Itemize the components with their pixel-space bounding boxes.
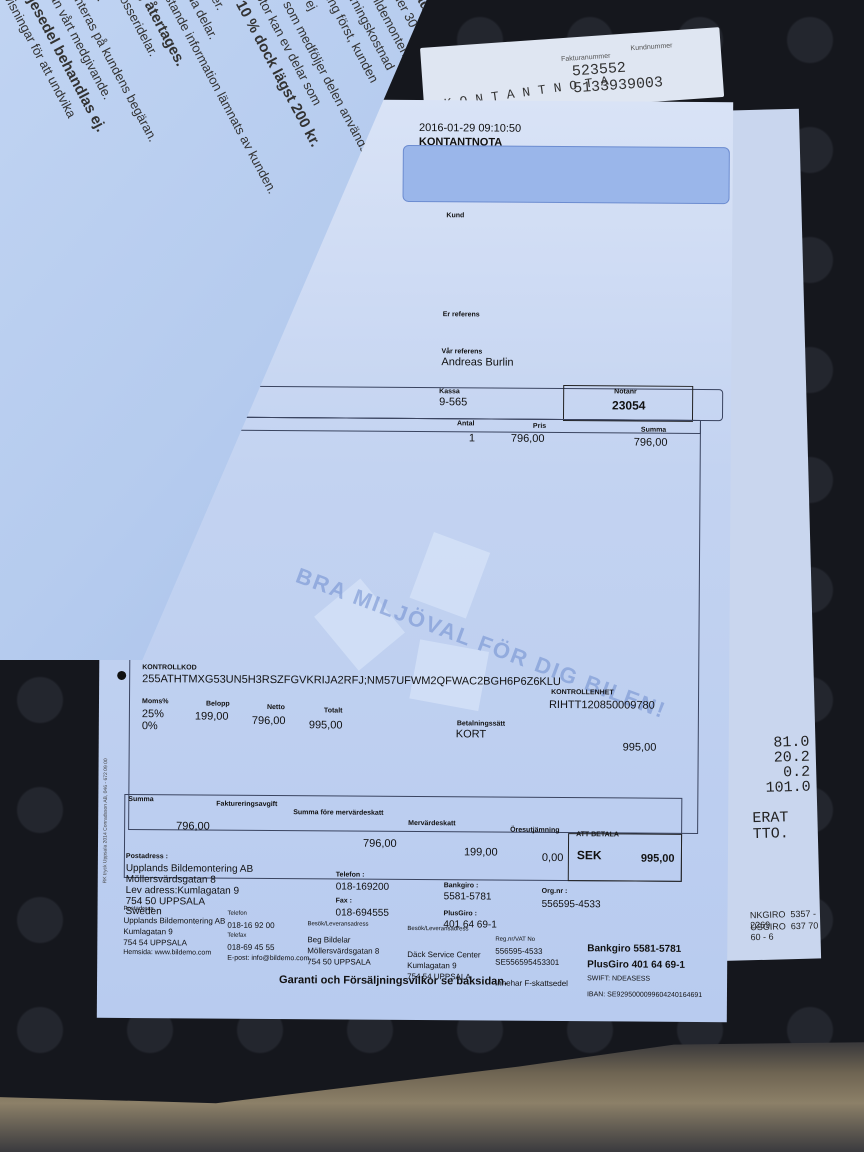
postadress-line: Upplands Bildemontering AB — [126, 863, 253, 875]
betalningssatt-value: KORT — [456, 728, 486, 740]
kontrollkod-label: KONTROLLKOD — [142, 664, 197, 671]
line-item-pris: 796,00 — [511, 433, 545, 445]
kundnummer-label: Kundnummer — [630, 42, 672, 52]
summary-summa-fore-moms-header: Summa före mervärdeskatt — [293, 809, 383, 817]
giro-label: USGIRO — [750, 921, 786, 932]
var-referens-value: Andreas Burlin — [441, 356, 513, 369]
betalt-belopp: 995,00 — [623, 741, 657, 753]
telefon-value: 018-169200 — [336, 881, 389, 892]
telefon-label: Telefon : — [336, 871, 365, 878]
footer-vat-line: SE556595453301 — [495, 958, 559, 967]
orgnr-label: Org.nr : — [542, 888, 568, 895]
vat-rate: 25% — [142, 708, 164, 720]
bankgiro-value: 5581-5781 — [444, 891, 492, 902]
footer-visit2-line: Däck Service Center — [407, 950, 480, 960]
punch-hole — [117, 671, 126, 680]
footer-swift: SWIFT: NDEASESS — [587, 975, 650, 982]
summary-oresutjamning-value: 0,00 — [542, 852, 564, 864]
er-referens-label: Er referens — [443, 311, 480, 318]
vat-belopp: 199,00 — [195, 710, 229, 722]
summary-faktureringsavgift-header: Faktureringsavgift — [216, 801, 277, 808]
footer-vat-label: Reg.nr/VAT No — [495, 937, 535, 943]
footer-visit2-line: Kumlagatan 9 — [407, 961, 456, 970]
betalningssatt-label: Betalningssätt — [457, 720, 505, 727]
footer-visit1-line: Beg Bildelar — [307, 935, 350, 944]
fax-label: Fax : — [336, 897, 352, 904]
summary-summa-header: Summa — [128, 796, 153, 803]
belopp-header: Belopp — [206, 701, 230, 708]
footer-email-link[interactable]: E-post: info@bildemo.com — [227, 955, 309, 963]
var-referens-label: Vår referens — [441, 348, 482, 355]
invoice-datetime: 2016-01-29 09:10:50 — [419, 122, 521, 135]
summary-summa-value: 796,00 — [176, 820, 210, 832]
footer-website-link[interactable]: Hemsida: www.bildemo.com — [123, 949, 211, 957]
customer-address-field — [402, 145, 729, 204]
att-betala-box: SEK 995,00 — [568, 833, 682, 882]
footer-telefax-value: 018-69 45 55 — [227, 943, 274, 952]
summary-summa-fore-moms-value: 796,00 — [363, 838, 397, 850]
antal-header: Antal — [457, 420, 475, 427]
notanr-label: Notanr — [614, 388, 637, 395]
footer-vat-line: 556595-4533 — [495, 947, 542, 956]
footer-iban: IBAN: SE9295000099604240164691 — [587, 991, 702, 999]
kontrollenhet-label: KONTROLLENHET — [551, 689, 614, 696]
postadress-line: Möllersvärdsgatan 8 — [126, 874, 216, 886]
receipt-text: TTO. — [753, 825, 789, 843]
footer-garanti-note: Garanti och Försäljningsvilkor se baksid… — [279, 974, 507, 988]
footer-company-line: 754 54 UPPSALA — [123, 938, 187, 947]
plusgiro-label: PlusGiro : — [444, 910, 478, 917]
footer-plusgiro: PlusGiro 401 64 69-1 — [587, 959, 685, 971]
postadress-line: Lev adress:Kumlagatan 9 — [126, 885, 239, 897]
footer-visit2-label: Besök/Leveransadress — [407, 926, 468, 932]
summary-oresutjamning-header: Öresutjämning — [510, 827, 559, 834]
footer-company-line: Kumlagatan 9 — [123, 927, 172, 936]
printer-note: RK tryck Uppsala 2014 Conradsson AB, 046… — [102, 758, 109, 883]
currency-label: SEK — [577, 848, 602, 862]
footer-telefax-label: Telefax — [227, 933, 246, 939]
summa-header: Summa — [641, 427, 666, 434]
summary-mervardeskatt-header: Mervärdeskatt — [408, 820, 456, 827]
fax-value: 018-694555 — [335, 907, 388, 918]
footer-visit1-label: Besök/Leveransadress — [307, 921, 368, 927]
notanr-value: 23054 — [612, 398, 645, 412]
footer-visit1-line: Möllersvärdsgatan 8 — [307, 946, 379, 956]
footer-visit1-line: 754 50 UPPSALA — [307, 957, 371, 966]
orgnr-value: 556595-4533 — [542, 899, 601, 910]
footer-postal-label: Postadress — [124, 906, 154, 912]
receipt-amount: 101.0 — [765, 779, 810, 797]
notanr-box: Notanr 23054 — [563, 385, 693, 422]
pris-header: Pris — [533, 423, 546, 430]
postadress-label: Postadress : — [126, 853, 168, 860]
kund-label: Kund — [446, 212, 464, 219]
recycle-arrow-icon — [410, 532, 491, 619]
kassa-label: Kassa — [439, 388, 460, 395]
vat-totalt: 995,00 — [309, 719, 343, 731]
vat-rate: 0% — [142, 720, 158, 732]
kassa-value: 9-565 — [439, 396, 467, 408]
footer-telefon-value: 018-16 92 00 — [227, 921, 274, 930]
vat-netto: 796,00 — [252, 715, 286, 727]
giro-label: NKGIRO — [750, 909, 786, 920]
att-betala-value: 995,00 — [641, 853, 675, 865]
line-item-summa: 796,00 — [634, 437, 668, 449]
kontrollenhet-value: RIHTT120850009780 — [549, 699, 655, 712]
totalt-header: Totalt — [324, 707, 343, 714]
netto-header: Netto — [267, 704, 285, 711]
moms-header: Moms% — [142, 698, 169, 705]
footer-telefon-label: Telefon — [228, 911, 247, 917]
footer-bankgiro: Bankgiro 5581-5781 — [587, 943, 681, 955]
line-item-antal: 1 — [469, 432, 475, 444]
summary-mervardeskatt-value: 199,00 — [464, 846, 498, 858]
footer-company-line: Upplands Bildemontering AB — [123, 916, 225, 926]
bankgiro-label: Bankgiro : — [444, 882, 479, 889]
